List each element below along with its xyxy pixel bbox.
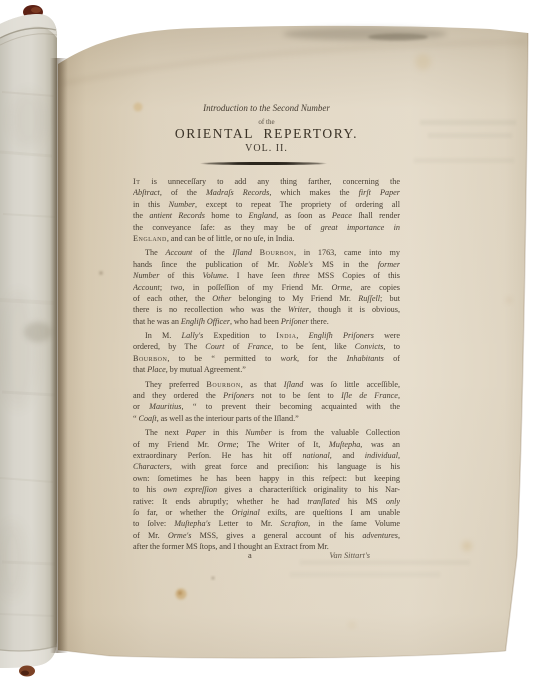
text-line: or Mauritius, “ to prevent their becomin… (133, 401, 400, 412)
text-segment: Number (133, 271, 159, 280)
text-segment: They preferred (145, 380, 206, 389)
text-segment: Lally's (182, 331, 204, 340)
paragraph: It is unneceſſary to add any thing farth… (133, 176, 400, 244)
text-segment: that (133, 365, 147, 374)
text-segment: tranſlated (307, 497, 339, 506)
text-segment: , by mutual Agreement.” (166, 365, 246, 374)
text-segment: of this (159, 271, 202, 280)
text-line: of each other, the Other belonging to My… (133, 293, 400, 304)
text-segment: MSS, gives a general account of his (191, 531, 362, 540)
text-segment: of my Friend Mr. (133, 440, 218, 449)
text-line: England, and can be of little, or no uſe… (133, 233, 400, 244)
text-segment: Ruſſell (358, 294, 380, 303)
text-segment: Number (169, 200, 195, 209)
text-segment: exiſts, are queſtions I am unable (260, 508, 400, 517)
text-segment: MSS Copies of this (310, 271, 400, 280)
text-segment: in this (133, 200, 169, 209)
text-line: rative: It ends abruptly; whether he had… (133, 496, 400, 507)
volume-label: VOL. II. (133, 143, 400, 154)
text-segment: , which makes the (269, 188, 358, 197)
text-segment: in this (206, 428, 245, 437)
header-intro-line: Introduction to the Second Number (133, 103, 400, 113)
text-segment: not to be ſent to (254, 391, 341, 400)
text-segment: . I have ſeen (227, 271, 293, 280)
text-segment: hands ſince the publication of Mr. (133, 260, 288, 269)
text-line: to ſolve: Muſtepha's Letter to Mr. Scraf… (133, 518, 400, 529)
text-segment: Original (232, 508, 260, 517)
text-segment: , though it is obvious, (309, 305, 400, 314)
text-line: that he was an Engliſh Officer, who had … (133, 316, 400, 327)
text-segment: own expreſſion (163, 485, 217, 494)
text-segment: The next (145, 428, 186, 437)
text-segment: MS in the (313, 260, 378, 269)
text-segment: , to (383, 342, 400, 351)
headband-bottom-shadow (21, 671, 29, 676)
text-segment: adventures (362, 531, 398, 540)
text-segment: Iſland (232, 248, 252, 257)
text-segment: Volume (203, 271, 227, 280)
text-segment: Other (212, 294, 231, 303)
text-line: They preferred Bourbon, as that Iſland w… (133, 379, 400, 390)
text-line: hands ſince the publication of Mr. Noble… (133, 259, 400, 270)
text-line: Account; two, in poſſeſſion of my Friend… (133, 282, 400, 293)
text-segment: Bourbon (133, 354, 167, 363)
text-line: in this Number, except to repeat The pro… (133, 199, 400, 210)
text-segment: ; (160, 283, 171, 292)
text-segment: Number (245, 428, 271, 437)
text-segment: Muſtepha's (174, 519, 210, 528)
text-segment: Iſle de France (341, 391, 398, 400)
text-segment: , (398, 451, 400, 460)
text-segment: there. (309, 317, 329, 326)
text-segment: rative: It ends abruptly; whether he had (133, 497, 307, 506)
text-segment: antient Records (149, 211, 205, 220)
book-photo-stage: Introduction to the Second Number of the… (0, 0, 557, 700)
text-segment: is unneceſſary to add any thing farther,… (140, 177, 400, 186)
text-segment: The (145, 248, 165, 257)
text-segment (252, 248, 260, 257)
text-segment: Account (133, 283, 160, 292)
text-segment: , was an (360, 440, 400, 449)
text-line: to his own expreſſion gives a characteri… (133, 484, 400, 495)
text-segment: were (374, 331, 400, 340)
footer-row: a Van Sittart's (133, 551, 400, 563)
text-segment: great importance in (321, 223, 400, 232)
text-line: that Place, by mutual Agreement.” (133, 364, 400, 375)
text-segment: France (248, 342, 272, 351)
text-line: Abſtract, of the Madraſs Records, which … (133, 187, 400, 198)
text-segment: two (171, 283, 183, 292)
text-segment: Characters (133, 462, 170, 471)
text-segment: that he was an (133, 317, 181, 326)
text-segment: of (224, 342, 247, 351)
text-segment: Orme's (168, 531, 192, 540)
text-segment: individual (365, 451, 398, 460)
text-segment: Priſoner (281, 317, 309, 326)
text-segment: belonging to My Friend Mr. (231, 294, 358, 303)
text-segment: Expedition to (203, 331, 276, 340)
text-segment: firſt Paper (359, 188, 400, 197)
text-segment: Madraſs Records (206, 188, 269, 197)
text-segment: , except to repeat The propriety of orde… (195, 200, 400, 209)
text-segment: , to be “ permitted to (167, 354, 280, 363)
text-segment: ; but (380, 294, 400, 303)
text-line: The next Paper in this Number is from th… (133, 427, 400, 438)
text-segment: was ſo little acceſſible, (303, 380, 400, 389)
text-segment: India (276, 331, 296, 340)
text-segment: , as well as the interiour parts of the … (157, 414, 299, 423)
text-segment: Letter to Mr. (211, 519, 281, 528)
text-segment: of Mr. (133, 531, 168, 540)
paragraph: The next Paper in this Number is from th… (133, 427, 400, 552)
text-line: the antient Records home to England, as … (133, 210, 400, 221)
text-segment: Bourbon (206, 380, 240, 389)
text-segment: , to be ſent, like (271, 342, 355, 351)
text-segment: national (302, 451, 329, 460)
paragraph: In M. Lally's Expedition to India, Engli… (133, 330, 400, 376)
signature-mark: a (248, 551, 252, 560)
text-segment: work (281, 354, 297, 363)
text-segment: own: ſometimes he has been happy in this… (133, 474, 400, 483)
text-segment: ſo far, or whether the (133, 508, 232, 517)
text-segment: Peace (332, 211, 352, 220)
text-segment: ſhall render (352, 211, 400, 220)
text-segment: Abſtract (133, 188, 160, 197)
body-text: It is unneceſſary to add any thing farth… (133, 176, 400, 556)
text-segment: , with great force and preciſion: his la… (170, 462, 400, 471)
text-line: there is no recollection who was the Wri… (133, 304, 400, 315)
text-segment: three (293, 271, 310, 280)
text-segment: England (249, 211, 277, 220)
text-segment: , in 1763, came into my (294, 248, 400, 257)
text-line: The Account of the Iſland Bourbon, in 17… (133, 247, 400, 258)
text-segment: Account (165, 248, 192, 257)
text-segment: gives a characteriſtick originality to h… (217, 485, 400, 494)
text-segment: Mauritius (149, 402, 181, 411)
text-line: extraordinary Perſon. He has hit off nat… (133, 450, 400, 461)
text-segment: , as ſoon as (276, 211, 332, 220)
text-segment: , are copies (350, 283, 400, 292)
text-segment: after the former MS ſtops, and I thought… (133, 542, 329, 551)
text-line: ſo far, or whether the Original exiſts, … (133, 507, 400, 518)
gutter-shadow (50, 58, 68, 653)
text-segment: to ſolve: (133, 519, 174, 528)
text-segment: former (378, 260, 400, 269)
headband-top-highlight (31, 7, 41, 13)
text-line: of Mr. Orme's MSS, gives a general accou… (133, 530, 400, 541)
text-line: ordered, by The Court of France, to be ſ… (133, 341, 400, 352)
text-line: own: ſometimes he has been happy in this… (133, 473, 400, 484)
text-segment: ordered, by The (133, 342, 205, 351)
text-segment: his MS (340, 497, 386, 506)
text-segment: , who had been (230, 317, 281, 326)
header-of-the: of the (133, 118, 400, 126)
text-segment: Iſland (284, 380, 304, 389)
text-segment: Court (205, 342, 224, 351)
text-segment: Priſoners (223, 391, 254, 400)
text-line: Number of this Volume. I have ſeen three… (133, 270, 400, 281)
text-segment: the (133, 211, 149, 220)
text-segment: Coaſt (138, 414, 156, 423)
text-segment: to his (133, 485, 163, 494)
paragraph: The Account of the Iſland Bourbon, in 17… (133, 247, 400, 327)
text-line: In M. Lally's Expedition to India, Engli… (133, 330, 400, 341)
text-segment: is from the valuable Collection (272, 428, 400, 437)
text-segment: , for the (297, 354, 347, 363)
text-segment: In M. (145, 331, 182, 340)
title-rule (200, 162, 327, 165)
text-segment: , “ to prevent their becoming acquainted… (181, 402, 400, 411)
text-segment: Engliſh Officer (181, 317, 230, 326)
text-segment: Orme (332, 283, 351, 292)
catchword: Van Sittart's (329, 551, 370, 560)
text-line: “ Coaſt, as well as the interiour parts … (133, 413, 400, 424)
text-line: Bourbon, to be “ permitted to work, for … (133, 353, 400, 364)
page-title: ORIENTAL REPERTORY. (133, 126, 400, 142)
text-segment: there is no recollection who was the (133, 305, 288, 314)
text-segment: Noble's (288, 260, 313, 269)
text-segment: Convicts (355, 342, 384, 351)
text-segment: of (384, 354, 400, 363)
text-segment: , (398, 391, 400, 400)
text-segment: of each other, the (133, 294, 212, 303)
text-segment: , of the (160, 188, 206, 197)
text-segment: , and can be of little, or no uſe, in In… (167, 234, 295, 243)
text-segment: or (133, 402, 149, 411)
text-segment: of the (192, 248, 232, 257)
text-segment: the conveyance ſafe: as they may be of (133, 223, 321, 232)
text-segment: , in poſſeſſion of my Friend Mr. (182, 283, 331, 292)
text-segment: Writer (288, 305, 309, 314)
paragraph: They preferred Bourbon, as that Iſland w… (133, 379, 400, 425)
text-segment: England (133, 234, 167, 243)
text-line: the conveyance ſafe: as they may be of g… (133, 222, 400, 233)
text-line: and they ordered the Priſoners not to be… (133, 390, 400, 401)
text-segment: , (296, 331, 308, 340)
text-segment: Inhabitants (347, 354, 384, 363)
text-segment: extraordinary Perſon. He has hit off (133, 451, 302, 460)
text-segment: Orme (218, 440, 237, 449)
text-segment: Muſtepha (329, 440, 360, 449)
text-segment: , as that (241, 380, 284, 389)
text-line: of my Friend Mr. Orme; The Writer of It,… (133, 439, 400, 450)
text-segment: ; The Writer of It, (236, 440, 329, 449)
text-segment: Scrafton (280, 519, 308, 528)
text-segment: , in the ſame Volume (308, 519, 400, 528)
text-segment: only (386, 497, 400, 506)
text-segment: , and (330, 451, 365, 460)
text-segment: Bourbon (260, 248, 294, 257)
text-segment: Place (147, 365, 166, 374)
text-segment: home to (205, 211, 249, 220)
text-segment: Engliſh Priſoners (309, 331, 374, 340)
text-segment: and they ordered the (133, 391, 223, 400)
text-segment: , (398, 531, 400, 540)
text-line: It is unneceſſary to add any thing farth… (133, 176, 400, 187)
page-text-layer: Introduction to the Second Number of the… (133, 0, 400, 700)
text-segment: Paper (186, 428, 206, 437)
text-line: Characters, with great force and preciſi… (133, 461, 400, 472)
